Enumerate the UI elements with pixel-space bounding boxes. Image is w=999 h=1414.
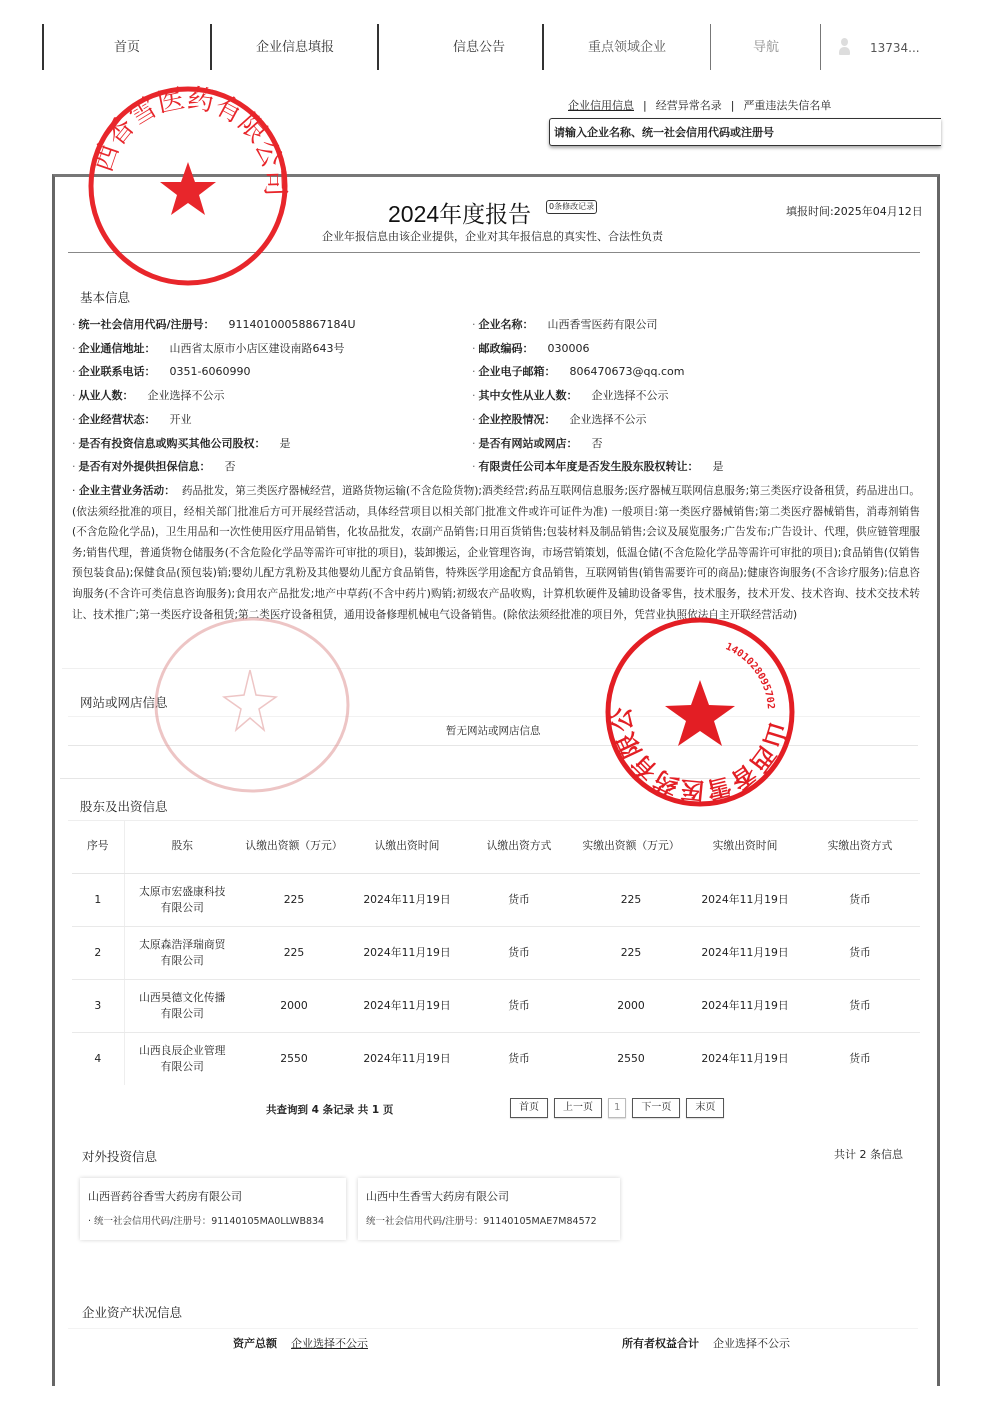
col-header-paid-method: 实缴出资方式 (800, 820, 920, 873)
field-value: 91140100058867184U (229, 318, 356, 331)
pager-last-button[interactable]: 末页 (686, 1098, 724, 1118)
field-value: 否 (592, 437, 603, 450)
search-box (549, 118, 941, 146)
pager-first-button[interactable]: 首页 (510, 1098, 548, 1118)
section-title-website: 网站或网店信息 (80, 693, 168, 711)
cell-paid-date: 2024年11月19日 (690, 926, 800, 979)
nav-home[interactable]: 首页 (44, 30, 210, 66)
field-value: 0351-6060990 (170, 365, 251, 378)
cell-name: 山西昊德文化传播有限公司 (124, 979, 240, 1032)
cell-paid-method: 货币 (800, 979, 920, 1032)
col-header-shareholder: 股东 (124, 820, 240, 873)
divider (60, 778, 920, 779)
cell-no: 1 (72, 873, 124, 926)
cell-paid-method: 货币 (800, 873, 920, 926)
nav-divider (710, 24, 711, 70)
section-title-shareholders: 股东及出资信息 (80, 797, 168, 815)
search-input[interactable] (550, 119, 941, 145)
bullet: · (472, 389, 476, 402)
cell-no: 3 (72, 979, 124, 1032)
cell-paid-method: 货币 (800, 1032, 920, 1085)
cell-paid-method: 货币 (800, 926, 920, 979)
cell-sub-amount: 225 (240, 873, 348, 926)
info-field: ·是否有对外提供担保信息：否 (72, 458, 236, 474)
col-header-paid-date: 实缴出资时间 (690, 820, 800, 873)
investment-credit-code: 统一社会信用代码/注册号：91140105MAE7M84572 (366, 1213, 612, 1227)
bullet: · (472, 342, 476, 355)
investment-count: 共计 2 条信息 (834, 1146, 903, 1162)
field-value: 企业选择不公示 (570, 413, 647, 426)
cell-sub-date: 2024年11月19日 (348, 873, 466, 926)
investment-company-name[interactable]: 山西晋药谷香雪大药房有限公司 (88, 1188, 338, 1204)
field-label: 统一社会信用代码/注册号： (79, 318, 215, 331)
report-disclaimer: 企业年报信息由该企业提供，企业对其年报信息的真实性、合法性负责 (322, 228, 663, 244)
section-title-investments: 对外投资信息 (82, 1147, 157, 1165)
pager-prev-button[interactable]: 上一页 (554, 1098, 602, 1118)
cell-sub-date: 2024年11月19日 (348, 926, 466, 979)
divider (62, 668, 920, 669)
investment-credit-code: · 统一社会信用代码/注册号：91140105MA0LLWB834 (88, 1213, 338, 1227)
field-label: 企业通信地址： (79, 342, 156, 355)
cell-name: 太原森浩泽瑞商贸有限公司 (124, 926, 240, 979)
field-value: 企业选择不公示 (148, 389, 225, 402)
field-value: 是 (280, 437, 291, 450)
field-label: 邮政编码： (479, 342, 534, 355)
bullet: · (72, 318, 76, 331)
field-value: 是 (713, 460, 724, 473)
field-value: 山西省太原市小店区建设南路643号 (170, 342, 345, 355)
info-field: ·企业联系电话：0351-6060990 (72, 363, 250, 379)
field-label: 其中女性从业人数： (479, 389, 578, 402)
bullet: · (472, 365, 476, 378)
col-header-subscribed-method: 认缴出资方式 (466, 820, 572, 873)
bullet: · (472, 413, 476, 426)
field-value: 否 (225, 460, 236, 473)
bullet: · (72, 413, 76, 426)
nav-divider (820, 24, 821, 70)
owner-equity-value: 企业选择不公示 (713, 1337, 790, 1350)
info-field: ·是否有网站或网店：否 (472, 435, 603, 451)
info-field: ·有限责任公司本年度是否发生股东股权转让：是 (472, 458, 724, 474)
field-label: 是否有网站或网店： (479, 437, 578, 450)
business-value: 药品批发，第三类医疗器械经营，道路货物运输(不含危险货物);酒类经营;药品互联网… (72, 485, 920, 621)
link-separator: | (643, 99, 647, 112)
main-business-activities: · 企业主营业务活动： 药品批发，第三类医疗器械经营，道路货物运输(不含危险货物… (72, 481, 920, 625)
pagination: 首页 上一页 1 下一页 末页 (510, 1098, 724, 1118)
info-field: ·从业人数：企业选择不公示 (72, 387, 225, 403)
table-row: 4山西良辰企业管理有限公司25502024年11月19日货币25502024年1… (72, 1032, 920, 1085)
cell-sub-date: 2024年11月19日 (348, 979, 466, 1032)
cell-sub-method: 货币 (466, 926, 572, 979)
field-label: 企业名称： (479, 318, 534, 331)
col-header-paid-amount: 实缴出资额（万元） (572, 820, 690, 873)
bullet: · (472, 318, 476, 331)
link-credit-info[interactable]: 企业信用信息 (568, 97, 634, 113)
cell-paid-amount: 225 (572, 926, 690, 979)
cell-paid-amount: 225 (572, 873, 690, 926)
cell-name: 太原市宏盛康科技有限公司 (124, 873, 240, 926)
user-account[interactable]: 13734... (870, 30, 930, 66)
cell-paid-date: 2024年11月19日 (690, 873, 800, 926)
col-header-subscribed-amount: 认缴出资额（万元） (240, 820, 348, 873)
cell-sub-method: 货币 (466, 1032, 572, 1085)
cell-no: 4 (72, 1032, 124, 1085)
shareholders-table: 序号 股东 认缴出资额（万元） 认缴出资时间 认缴出资方式 实缴出资额（万元） … (72, 820, 920, 1085)
info-field: ·企业名称：山西香雪医药有限公司 (472, 316, 658, 332)
nav-key-sector-enterprises[interactable]: 重点领域企业 (544, 30, 710, 66)
bullet: · (72, 485, 79, 497)
pager-summary: 共查询到 4 条记录 共 1 页 (266, 1102, 393, 1117)
field-value: 山西香雪医药有限公司 (548, 318, 658, 331)
link-blacklist[interactable]: 严重违法失信名单 (743, 97, 831, 113)
investment-card[interactable]: 山西晋药谷香雪大药房有限公司 · 统一社会信用代码/注册号：91140105MA… (80, 1178, 346, 1240)
field-value: 030006 (548, 342, 590, 355)
pager-page-number[interactable]: 1 (608, 1098, 626, 1118)
investment-company-name[interactable]: 山西中生香雪大药房有限公司 (366, 1188, 612, 1204)
divider (68, 1328, 918, 1329)
field-label: 从业人数： (79, 389, 134, 402)
cell-sub-method: 货币 (466, 873, 572, 926)
divider (68, 716, 920, 717)
owner-equity-total: 所有者权益合计企业选择不公示 (622, 1335, 790, 1351)
asset-total-label: 资产总额 (233, 1337, 277, 1350)
link-abnormal-list[interactable]: 经营异常名录 (656, 97, 722, 113)
revision-record-badge[interactable]: 0条修改记录 (546, 200, 597, 214)
cell-sub-amount: 2000 (240, 979, 348, 1032)
report-title: 2024年度报告 (388, 196, 531, 229)
cell-sub-date: 2024年11月19日 (348, 1032, 466, 1085)
cell-paid-amount: 2550 (572, 1032, 690, 1085)
asset-total-value: 企业选择不公示 (291, 1337, 368, 1350)
table-row: 1太原市宏盛康科技有限公司2252024年11月19日货币2252024年11月… (72, 873, 920, 926)
info-field: ·企业经营状态：开业 (72, 411, 192, 427)
nav-enterprise-filing[interactable]: 企业信息填报 (212, 30, 378, 66)
field-label: 是否有投资信息或购买其他公司股权： (79, 437, 266, 450)
table-header-row: 序号 股东 认缴出资额（万元） 认缴出资时间 认缴出资方式 实缴出资额（万元） … (72, 820, 920, 873)
bullet: · (472, 460, 476, 473)
field-value: 企业选择不公示 (592, 389, 669, 402)
info-field: ·统一社会信用代码/注册号：91140100058867184U (72, 316, 356, 332)
bullet: · (472, 437, 476, 450)
field-label: 是否有对外提供担保信息： (79, 460, 211, 473)
table-row: 2太原森浩泽瑞商贸有限公司2252024年11月19日货币2252024年11月… (72, 926, 920, 979)
cell-paid-amount: 2000 (572, 979, 690, 1032)
link-separator: | (731, 99, 735, 112)
business-label: 企业主营业务活动： (79, 485, 175, 497)
field-label: 企业控股情况： (479, 413, 556, 426)
col-header-no: 序号 (72, 820, 124, 873)
cell-sub-amount: 2550 (240, 1032, 348, 1085)
nav-navigation[interactable]: 导航 (712, 30, 820, 66)
field-label: 企业联系电话： (79, 365, 156, 378)
info-field: ·其中女性从业人数：企业选择不公示 (472, 387, 669, 403)
investment-card[interactable]: 山西中生香雪大药房有限公司 统一社会信用代码/注册号：91140105MAE7M… (358, 1178, 620, 1240)
user-icon[interactable] (838, 38, 850, 56)
field-label: 企业经营状态： (79, 413, 156, 426)
owner-equity-label: 所有者权益合计 (622, 1337, 699, 1350)
cell-sub-method: 货币 (466, 979, 572, 1032)
field-label: 有限责任公司本年度是否发生股东股权转让： (479, 460, 699, 473)
info-field: ·企业通信地址：山西省太原市小店区建设南路643号 (72, 340, 345, 356)
asset-total: 资产总额企业选择不公示 (233, 1335, 368, 1351)
info-field: ·企业电子邮箱：806470673@qq.com (472, 363, 684, 379)
table-row: 3山西昊德文化传播有限公司20002024年11月19日货币20002024年1… (72, 979, 920, 1032)
bullet: · (72, 389, 76, 402)
field-value: 开业 (170, 413, 192, 426)
bullet: · (72, 365, 76, 378)
info-field: ·企业控股情况：企业选择不公示 (472, 411, 647, 427)
cell-no: 2 (72, 926, 124, 979)
divider (68, 745, 918, 746)
field-label: 企业电子邮箱： (479, 365, 556, 378)
field-value: 806470673@qq.com (570, 365, 685, 378)
cell-paid-date: 2024年11月19日 (690, 979, 800, 1032)
cell-name: 山西良辰企业管理有限公司 (124, 1032, 240, 1085)
info-field: ·邮政编码：030006 (472, 340, 590, 356)
cell-paid-date: 2024年11月19日 (690, 1032, 800, 1085)
top-navigation: 首页 企业信息填报 信息公告 重点领域企业 导航 13734... (0, 0, 999, 80)
bullet: · (72, 460, 76, 473)
bullet: · (72, 437, 76, 450)
no-website-message: 暂无网站或网店信息 (446, 723, 541, 738)
search-links: 企业信用信息|经营异常名录|严重违法失信名单 (568, 97, 831, 113)
pager-next-button[interactable]: 下一页 (632, 1098, 680, 1118)
info-field: ·是否有投资信息或购买其他公司股权：是 (72, 435, 291, 451)
bullet: · (72, 342, 76, 355)
section-title-assets: 企业资产状况信息 (82, 1303, 182, 1321)
section-title-basic-info: 基本信息 (80, 288, 130, 306)
col-header-subscribed-date: 认缴出资时间 (348, 820, 466, 873)
filing-date: 填报时间:2025年04月12日 (786, 203, 923, 219)
cell-sub-amount: 225 (240, 926, 348, 979)
title-divider (68, 252, 920, 253)
